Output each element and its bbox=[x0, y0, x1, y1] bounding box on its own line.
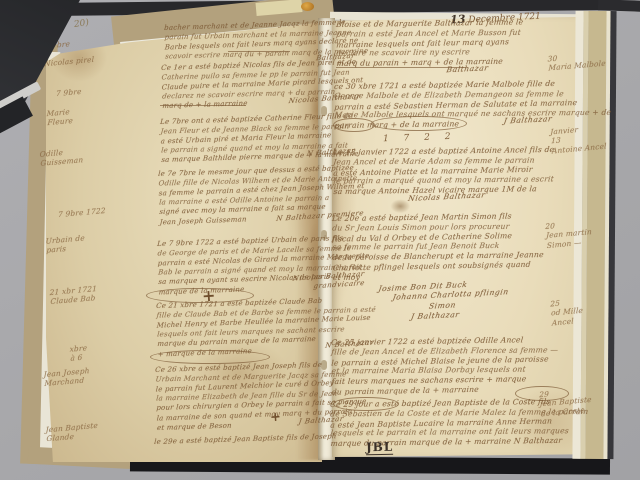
ink-underline bbox=[160, 104, 246, 106]
parrain-mark-oval bbox=[333, 118, 375, 132]
margin-note: Jean JosephMarchand bbox=[43, 366, 91, 389]
register-entry: Le 7bre ont a esté baptizée Catherine Fl… bbox=[160, 112, 359, 166]
margin-note: xbreà 6 bbox=[69, 343, 88, 363]
margin-note: 20Jean martinSimon — bbox=[545, 218, 593, 250]
manuscript-line: à 6 bbox=[70, 353, 88, 364]
entry-body: Le 20e a esté baptizé Jean Martin Simon … bbox=[332, 211, 544, 283]
parrain-mark-oval bbox=[333, 397, 399, 411]
ink-underline bbox=[336, 66, 466, 68]
marque-oval bbox=[515, 386, 569, 401]
cover-corner-top-right bbox=[598, 0, 640, 12]
marraine-mark-oval bbox=[371, 116, 467, 131]
cross-mark: + bbox=[201, 286, 216, 306]
register-entry: Le 13 janvier 1722 a esté baptizé Antoin… bbox=[333, 145, 555, 205]
jbl-initials-stamp: JBL bbox=[366, 440, 394, 455]
ink-underline bbox=[228, 50, 290, 52]
page-number-pencil: 20) bbox=[73, 18, 89, 30]
headband-knot bbox=[301, 2, 314, 11]
entry-signature: Josime Bon Dit BuckJohanna Charlotta pfl… bbox=[333, 279, 545, 321]
marraine-mark-oval bbox=[150, 350, 270, 364]
entry-body: Le 13 janvier 1722 a esté baptizé Antoin… bbox=[333, 145, 555, 197]
entry-body: Bloise et de Marguerite Balthazar la fem… bbox=[336, 17, 524, 69]
cross-mark: + bbox=[269, 410, 281, 426]
register-entry: Bloise et de Marguerite Balthazar la fem… bbox=[336, 17, 524, 77]
margin-note: MarieFleure bbox=[46, 107, 73, 128]
margin-note: 25od MilleAncel bbox=[550, 297, 585, 328]
margin-note: OdilleGuisseman bbox=[39, 146, 83, 168]
photo-canvas: 20) 7bre Nicolas pirel 7 9bre MarieFleur… bbox=[0, 0, 640, 480]
marraine-mark-oval bbox=[146, 288, 254, 303]
register-entry: Le 20e a esté baptizé Jean Martin Simon … bbox=[332, 211, 545, 321]
margin-note: Urbain deparis bbox=[45, 233, 86, 255]
